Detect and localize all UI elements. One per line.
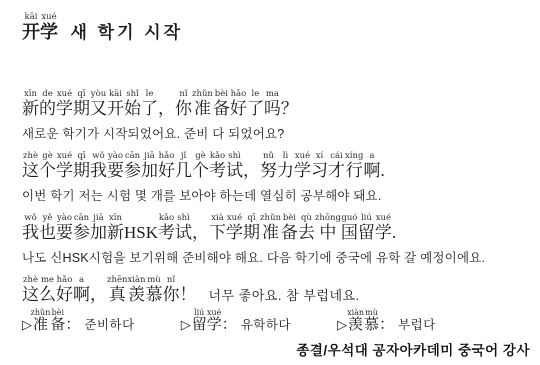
hanzi-segment: 也yě bbox=[39, 223, 56, 242]
hanzi-segment: 这zhè bbox=[22, 161, 39, 180]
pinyin-annotation: kāi bbox=[22, 12, 40, 22]
hanzi-segment: 了le bbox=[141, 99, 158, 118]
pinyin-annotation: xué bbox=[56, 89, 73, 99]
hanzi-segment: ， bbox=[192, 223, 209, 242]
pinyin-annotation: yào bbox=[56, 213, 73, 223]
hanzi-segment: ， bbox=[243, 161, 260, 180]
hanzi-segment: 才cái bbox=[328, 161, 345, 180]
page-title: 开kāi学xué 새 학기 시작 bbox=[22, 12, 534, 41]
pinyin-annotation: bèi bbox=[281, 213, 298, 223]
pinyin-annotation: zhǔn bbox=[192, 89, 213, 99]
pinyin-annotation: xīn bbox=[107, 213, 124, 223]
pinyin-annotation: gè bbox=[39, 151, 56, 161]
hanzi-segment: 备bèi bbox=[213, 99, 230, 118]
korean-translation: 새로운 학기가 시작되었어요. 준비 다 되었어요? bbox=[22, 124, 534, 142]
pinyin-annotation: mù bbox=[364, 308, 379, 317]
hanzi-segment: 行xíng bbox=[345, 161, 363, 180]
hanzi-segment: 下xià bbox=[209, 223, 226, 242]
pinyin-annotation: zhǔn bbox=[260, 213, 281, 223]
pinyin-annotation: cān bbox=[124, 151, 141, 161]
pinyin-annotation: zhǔn bbox=[31, 308, 51, 317]
pinyin-annotation: lì bbox=[277, 151, 294, 161]
pinyin-annotation: xué bbox=[40, 12, 58, 22]
hanzi-segment: 要yào bbox=[107, 161, 124, 180]
title-korean: 새 학기 시작 bbox=[71, 23, 184, 42]
hanzi-segment: 始shǐ bbox=[124, 99, 141, 118]
hanzi-segment: 考kǎo bbox=[158, 223, 175, 242]
hanzi-segment: 学xué bbox=[40, 22, 58, 42]
chinese-sentence: 这zhè么me好hǎo啊a，真zhēn羡xiàn慕mù你nǐ！너무 좋아요. 참… bbox=[22, 275, 534, 303]
hanzi-segment: 羡xiàn bbox=[348, 317, 364, 333]
hanzi-segment: 国guó bbox=[341, 223, 358, 242]
hanzi-segment: 好hǎo bbox=[56, 285, 73, 304]
hanzi-segment: ， bbox=[90, 285, 107, 304]
hanzi-segment: 试shì bbox=[226, 161, 243, 180]
pinyin-annotation: wǒ bbox=[90, 151, 107, 161]
pinyin-annotation: jǐ bbox=[175, 151, 192, 161]
pinyin-annotation: jiā bbox=[90, 213, 107, 223]
hanzi-segment: 你nǐ bbox=[163, 285, 180, 304]
pinyin-annotation: le bbox=[247, 89, 264, 99]
hanzi-segment: 啊a bbox=[363, 161, 380, 180]
lesson-page: 开kāi学xué 새 학기 시작 新xīn的de学xué期qī又yòu开kāi始… bbox=[0, 0, 540, 365]
pinyin-annotation: qī bbox=[73, 151, 90, 161]
pinyin-annotation: kǎo bbox=[158, 213, 175, 223]
korean-translation-inline: 너무 좋아요. 참 부럽네요. bbox=[209, 288, 360, 303]
vocab-item: ▷留liú学xué：유학하다 bbox=[181, 308, 291, 333]
hanzi-segment: . bbox=[380, 161, 384, 180]
pinyin-annotation: xià bbox=[209, 213, 226, 223]
pinyin-annotation: nǐ bbox=[163, 275, 180, 285]
pinyin-annotation: bèi bbox=[213, 89, 230, 99]
hanzi-segment: 期qī bbox=[73, 161, 90, 180]
pinyin-annotation: zhè bbox=[22, 275, 39, 285]
dialogue-block: 我wǒ也yě要yào参cān加jiā新xīnHSK考kǎo试shì，下xià学x… bbox=[22, 213, 534, 266]
hanzi-segment: 个gè bbox=[192, 161, 209, 180]
pinyin-annotation: xiàn bbox=[347, 308, 364, 317]
hanzi-segment: 要yào bbox=[56, 223, 73, 242]
pinyin-annotation: shì bbox=[175, 213, 192, 223]
hanzi-segment: 好hǎo bbox=[158, 161, 175, 180]
hanzi-segment: 参cān bbox=[73, 223, 90, 242]
hanzi-segment: 准zhǔn bbox=[192, 99, 213, 118]
hanzi-segment: ！ bbox=[180, 285, 197, 304]
hanzi-segment: 准zhǔn bbox=[260, 223, 281, 242]
hanzi-segment: 好hǎo bbox=[230, 99, 247, 118]
hanzi-segment: 你nǐ bbox=[175, 99, 192, 118]
hanzi-segment: 留liú bbox=[358, 223, 375, 242]
hanzi-segment: 期qī bbox=[243, 223, 260, 242]
pinyin-annotation: qī bbox=[243, 213, 260, 223]
pinyin-annotation: yào bbox=[107, 151, 124, 161]
hanzi-segment: 学xué bbox=[294, 161, 311, 180]
hanzi-segment: 留liú bbox=[192, 317, 207, 333]
pinyin-annotation: liú bbox=[192, 308, 207, 317]
pinyin-annotation: xué bbox=[375, 213, 392, 223]
credit-line: 종결/우석대 공자아카데미 중국어 강사 bbox=[22, 339, 534, 359]
pinyin-annotation: ma bbox=[264, 89, 281, 99]
pinyin-annotation: hǎo bbox=[158, 151, 175, 161]
pinyin-annotation: xué bbox=[226, 213, 243, 223]
hanzi-segment: HSK bbox=[124, 223, 158, 242]
pinyin-annotation: zhēn bbox=[107, 275, 127, 285]
hanzi-segment: 学xué bbox=[56, 161, 73, 180]
pinyin-annotation: nǐ bbox=[175, 89, 192, 99]
hanzi-segment: 去qù bbox=[298, 223, 315, 242]
hanzi-segment: 参cān bbox=[124, 161, 141, 180]
pinyin-annotation: hǎo bbox=[230, 89, 247, 99]
hanzi-segment: ： bbox=[222, 317, 237, 333]
hanzi-segment: 新xīn bbox=[22, 99, 39, 118]
dialogue-block: 这zhè么me好hǎo啊a，真zhēn羡xiàn慕mù你nǐ！너무 좋아요. 참… bbox=[22, 275, 534, 303]
hanzi-segment: 备bèi bbox=[50, 317, 65, 333]
title-hanzi-with-pinyin: 开kāi学xué bbox=[22, 22, 58, 42]
pinyin-annotation: jiā bbox=[141, 151, 158, 161]
hanzi-segment: 了le bbox=[247, 99, 264, 118]
hanzi-segment: 真zhēn bbox=[107, 285, 127, 304]
hanzi-segment: 学xué bbox=[226, 223, 243, 242]
hanzi-segment: 备bèi bbox=[281, 223, 298, 242]
vocab-meaning: 유학하다 bbox=[241, 318, 291, 332]
hanzi-segment: 考kǎo bbox=[209, 161, 226, 180]
hanzi-segment: 这zhè bbox=[22, 285, 39, 304]
pinyin-annotation: shì bbox=[226, 151, 243, 161]
hanzi-segment: 的de bbox=[39, 99, 56, 118]
hanzi-segment: 试shì bbox=[175, 223, 192, 242]
hanzi-segment: 慕mù bbox=[146, 285, 163, 304]
hanzi-segment: 期qī bbox=[73, 99, 90, 118]
pinyin-annotation: cān bbox=[73, 213, 90, 223]
hanzi-segment: 吗ma bbox=[264, 99, 281, 118]
hanzi-segment: 羡xiàn bbox=[127, 285, 145, 304]
pinyin-annotation: liú bbox=[358, 213, 375, 223]
hanzi-segment: ， bbox=[158, 99, 175, 118]
hanzi-segment: . bbox=[392, 223, 396, 242]
hanzi-segment: 慕mù bbox=[364, 317, 379, 333]
pinyin-annotation: me bbox=[39, 275, 56, 285]
pinyin-annotation: xué bbox=[294, 151, 311, 161]
korean-translation: 이번 학기 저는 시험 몇 개를 보아야 하는데 열심히 공부해야 돼요. bbox=[22, 186, 534, 204]
hanzi-segment: 么me bbox=[39, 285, 56, 304]
pinyin-annotation: de bbox=[39, 89, 56, 99]
chinese-sentence: 这zhè个gè学xué期qī我wǒ要yào参cān加jiā好hǎo几jǐ个gè考… bbox=[22, 151, 534, 179]
hanzi-segment: 加jiā bbox=[141, 161, 158, 180]
pinyin-annotation: zhōng bbox=[315, 213, 341, 223]
hanzi-segment: 新xīn bbox=[107, 223, 124, 242]
pinyin-annotation: nǔ bbox=[260, 151, 277, 161]
vocab-item: ▷准zhǔn备bèi：준비하다 bbox=[22, 308, 135, 333]
pinyin-annotation: shǐ bbox=[124, 89, 141, 99]
triangle-bullet-icon: ▷ bbox=[181, 317, 191, 332]
dialogue-section: 新xīn的de学xué期qī又yòu开kāi始shǐ了le，你nǐ准zhǔn备b… bbox=[22, 89, 534, 303]
hanzi-segment: 加jiā bbox=[90, 223, 107, 242]
hanzi-segment: 开kāi bbox=[22, 22, 40, 42]
pinyin-annotation: guó bbox=[341, 213, 358, 223]
pinyin-annotation: kāi bbox=[107, 89, 124, 99]
hanzi-segment: 中zhōng bbox=[315, 223, 341, 242]
pinyin-annotation: xué bbox=[56, 151, 73, 161]
pinyin-annotation: wǒ bbox=[22, 213, 39, 223]
hanzi-segment: 几jǐ bbox=[175, 161, 192, 180]
pinyin-annotation: xí bbox=[311, 151, 328, 161]
hanzi-segment: 我wǒ bbox=[22, 223, 39, 242]
vocab-item: ▷羡xiàn慕mù：부럽다 bbox=[337, 308, 436, 333]
hanzi-segment: 努nǔ bbox=[260, 161, 277, 180]
hanzi-segment: ： bbox=[379, 317, 394, 333]
pinyin-annotation: qī bbox=[73, 89, 90, 99]
lesson-document: 开kāi学xué 새 학기 시작 新xīn的de学xué期qī又yòu开kāi始… bbox=[0, 0, 540, 359]
pinyin-annotation: xué bbox=[207, 308, 222, 317]
dialogue-block: 这zhè个gè学xué期qī我wǒ要yào参cān加jiā好hǎo几jǐ个gè考… bbox=[22, 151, 534, 204]
pinyin-annotation: a bbox=[73, 275, 90, 285]
hanzi-segment: 习xí bbox=[311, 161, 328, 180]
hanzi-segment: 开kāi bbox=[107, 99, 124, 118]
pinyin-annotation: yě bbox=[39, 213, 56, 223]
pinyin-annotation: gè bbox=[192, 151, 209, 161]
hanzi-segment: 学xué bbox=[56, 99, 73, 118]
chinese-sentence: 我wǒ也yě要yào参cān加jiā新xīnHSK考kǎo试shì，下xià学x… bbox=[22, 213, 534, 241]
dialogue-block: 新xīn的de学xué期qī又yòu开kāi始shǐ了le，你nǐ准zhǔn备b… bbox=[22, 89, 534, 142]
pinyin-annotation: cái bbox=[328, 151, 345, 161]
pinyin-annotation: a bbox=[363, 151, 380, 161]
hanzi-segment: 学xué bbox=[375, 223, 392, 242]
pinyin-annotation: xíng bbox=[345, 151, 363, 161]
chinese-sentence: 新xīn的de学xué期qī又yòu开kāi始shǐ了le，你nǐ准zhǔn备b… bbox=[22, 89, 534, 117]
pinyin-annotation: yòu bbox=[90, 89, 107, 99]
pinyin-annotation: le bbox=[141, 89, 158, 99]
hanzi-segment: 个gè bbox=[39, 161, 56, 180]
hanzi-segment: 啊a bbox=[73, 285, 90, 304]
hanzi-segment: 力lì bbox=[277, 161, 294, 180]
hanzi-segment: 学xué bbox=[207, 317, 222, 333]
hanzi-segment: 我wǒ bbox=[90, 161, 107, 180]
hanzi-segment: ： bbox=[65, 317, 80, 333]
pinyin-annotation: zhè bbox=[22, 151, 39, 161]
pinyin-annotation: qù bbox=[298, 213, 315, 223]
vocab-meaning: 부럽다 bbox=[398, 318, 436, 332]
pinyin-annotation: bèi bbox=[50, 308, 65, 317]
vocab-row: ▷准zhǔn备bèi：준비하다▷留liú学xué：유학하다▷羡xiàn慕mù：부… bbox=[22, 308, 534, 333]
korean-translation: 나도 신HSK시험을 보기위해 준비해야 해요. 다음 학기에 중국에 유학 갈… bbox=[22, 248, 534, 266]
vocab-meaning: 준비하다 bbox=[84, 318, 134, 332]
hanzi-segment: 又yòu bbox=[90, 99, 107, 118]
hanzi-segment: ？ bbox=[281, 99, 298, 118]
triangle-bullet-icon: ▷ bbox=[337, 317, 347, 332]
hanzi-segment: 准zhǔn bbox=[33, 317, 50, 333]
pinyin-annotation: xīn bbox=[22, 89, 39, 99]
pinyin-annotation: xiàn bbox=[127, 275, 145, 285]
pinyin-annotation: mù bbox=[146, 275, 163, 285]
pinyin-annotation: hǎo bbox=[56, 275, 73, 285]
pinyin-annotation: kǎo bbox=[209, 151, 226, 161]
